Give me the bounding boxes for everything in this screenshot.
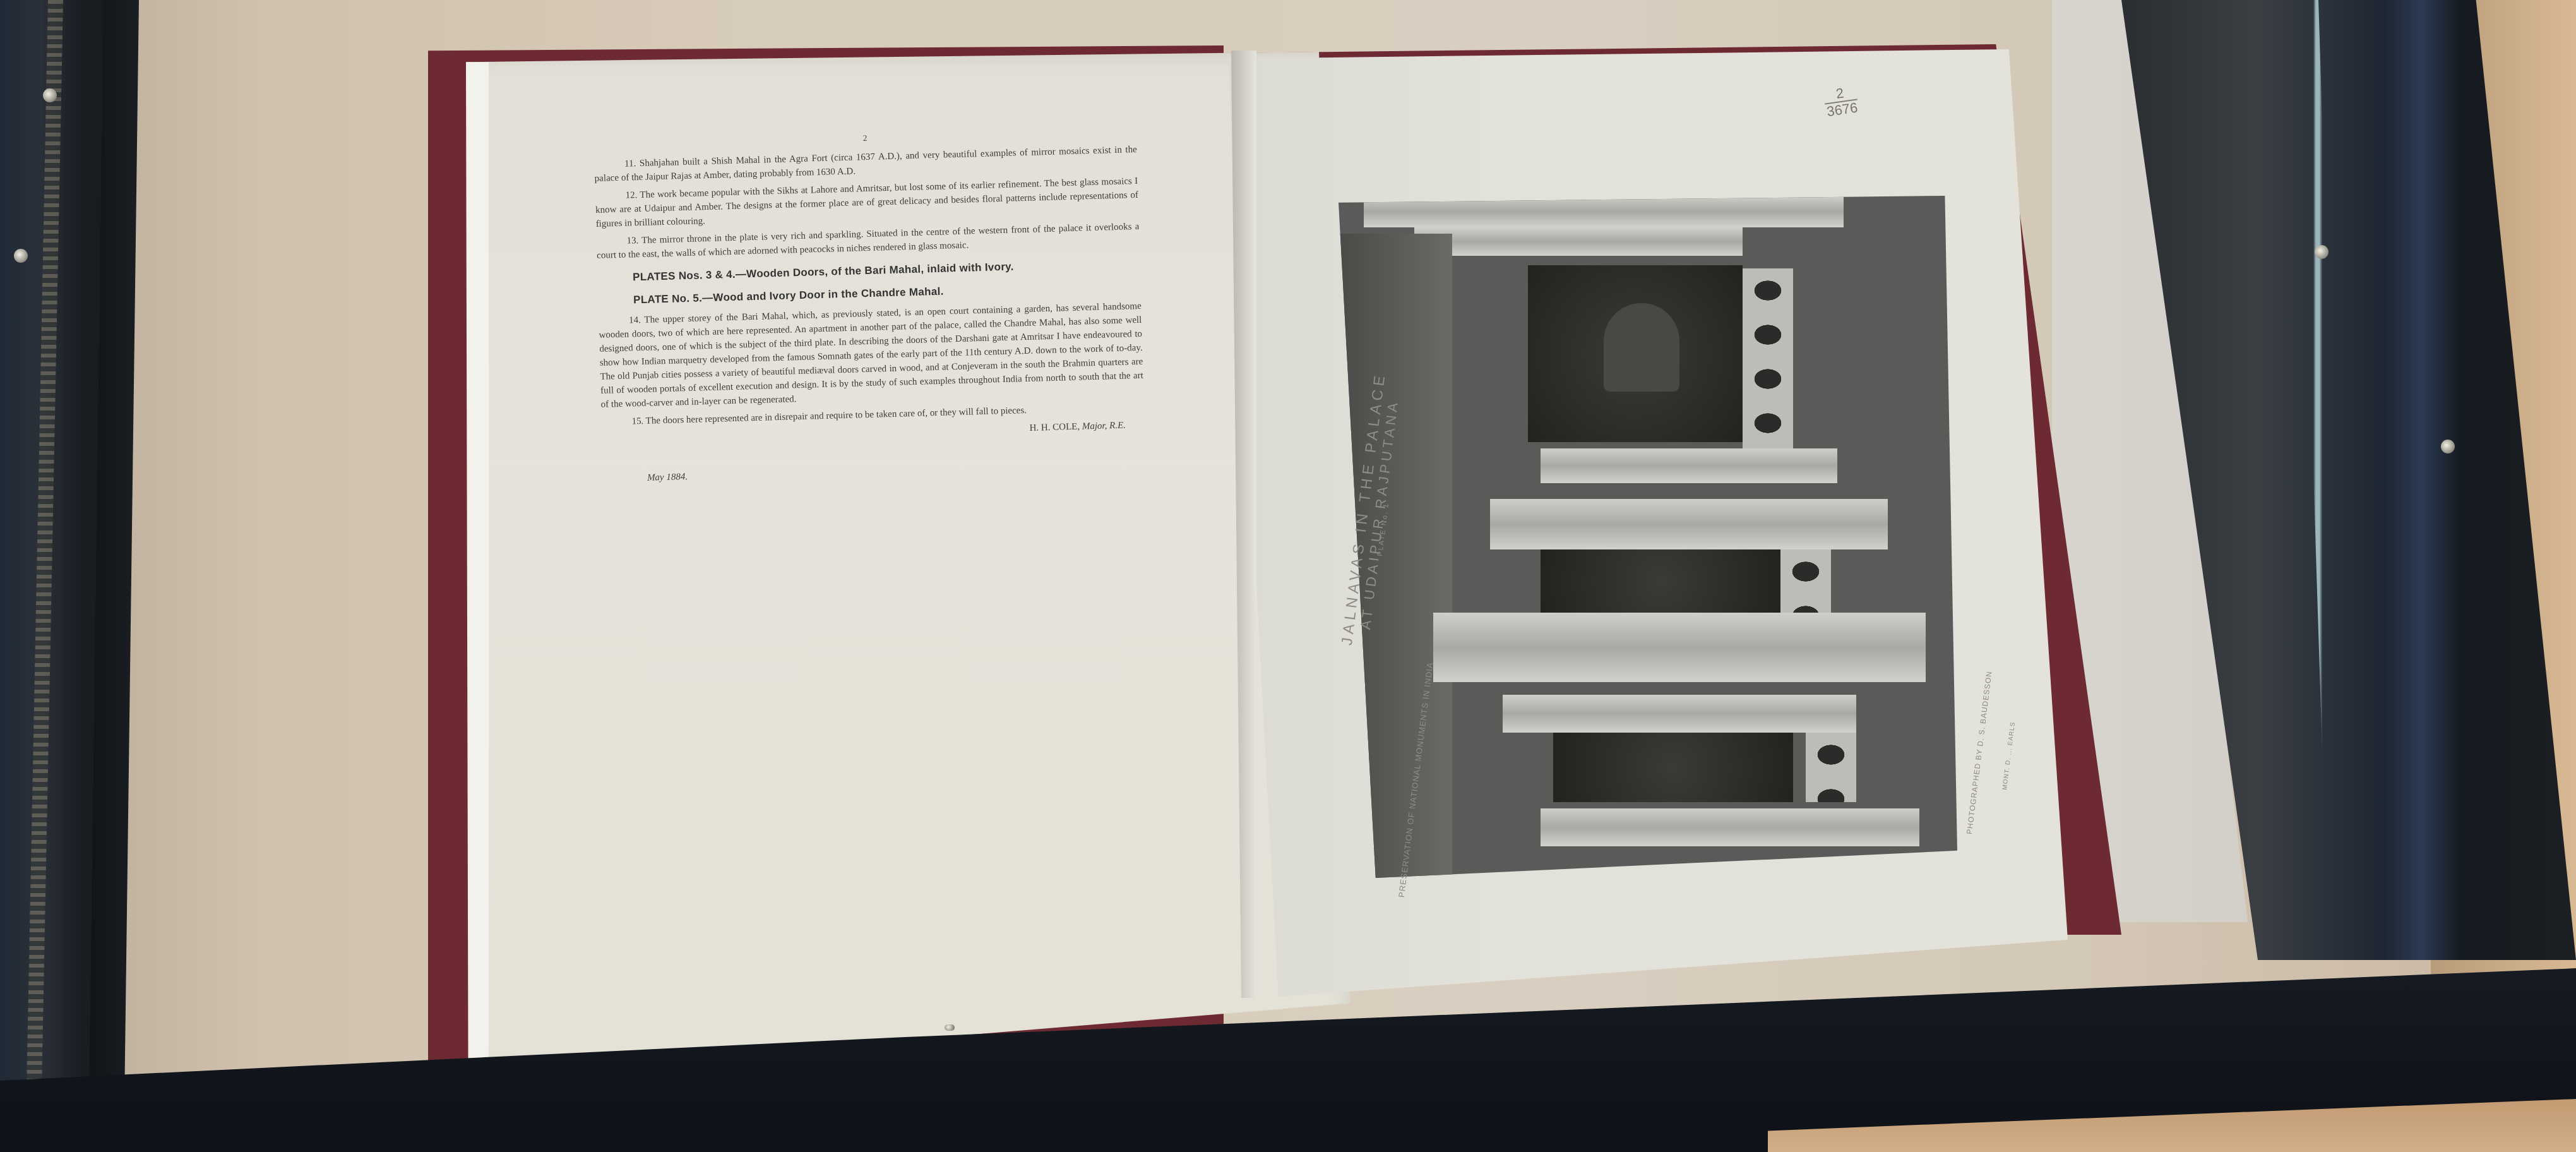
mosaic-niche bbox=[1541, 549, 1780, 613]
screw-icon bbox=[43, 88, 57, 102]
mosaic-niche bbox=[1553, 733, 1793, 802]
lattice-screen bbox=[1806, 733, 1856, 802]
screw-icon bbox=[945, 1024, 955, 1031]
pillar bbox=[1490, 499, 1888, 549]
peacock-niche bbox=[1604, 303, 1679, 392]
paragraph-14: 14. The upper storey of the Bari Mahal, … bbox=[599, 299, 1144, 412]
pillar bbox=[1414, 227, 1743, 256]
heading-plates-3-4: PLATES Nos. 3 & 4.—Wooden Doors, of the … bbox=[633, 256, 1140, 284]
screw-icon bbox=[2441, 440, 2455, 453]
pillar bbox=[1503, 695, 1856, 733]
screw-icon bbox=[14, 249, 28, 263]
left-page-deckle-edge bbox=[466, 52, 489, 1075]
pillar bbox=[1541, 808, 1919, 846]
screw-icon bbox=[2315, 245, 2329, 259]
lattice-screen bbox=[1780, 549, 1831, 613]
catalog-number: 2 3676 bbox=[1823, 85, 1859, 119]
left-page-text: 2 11. Shahjahan built a Shish Mahal in t… bbox=[593, 124, 1146, 486]
pillar bbox=[1541, 448, 1837, 483]
lattice-screen bbox=[1743, 268, 1793, 448]
pillar bbox=[1433, 613, 1926, 682]
plate-photograph bbox=[1339, 196, 1957, 878]
